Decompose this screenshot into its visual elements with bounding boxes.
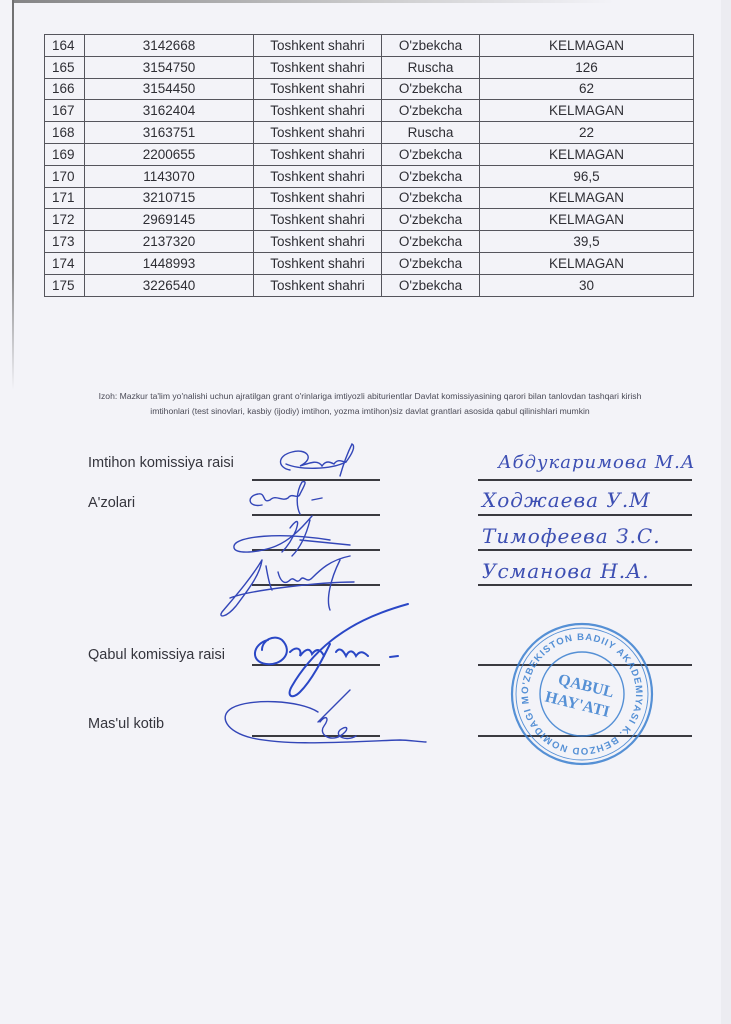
results-table: 1643142668Toshkent shahriO'zbekchaKELMAG…	[44, 34, 694, 297]
language-cell: O'zbekcha	[382, 35, 480, 57]
language-cell: O'zbekcha	[382, 231, 480, 253]
result-cell: 62	[480, 78, 694, 100]
row-number-cell: 171	[45, 187, 85, 209]
result-cell: KELMAGAN	[480, 143, 694, 165]
admission-committee-stamp: O'ZBEKISTON BADIIY AKADEMIYASI K. BEHZOD…	[508, 620, 656, 768]
region-cell: Toshkent shahri	[254, 209, 382, 231]
applicant-id-cell: 1143070	[85, 165, 254, 187]
results-table-body: 1643142668Toshkent shahriO'zbekchaKELMAG…	[45, 35, 694, 297]
member-2-name-line	[478, 549, 692, 551]
table-row: 1753226540Toshkent shahriO'zbekcha30	[45, 274, 694, 296]
region-cell: Toshkent shahri	[254, 165, 382, 187]
member-1-signature-line	[252, 514, 380, 516]
row-number-cell: 170	[45, 165, 85, 187]
row-number-cell: 165	[45, 56, 85, 78]
result-cell: 39,5	[480, 231, 694, 253]
member-3-signature-line	[252, 584, 380, 586]
result-cell: 22	[480, 122, 694, 144]
document-page: 1643142668Toshkent shahriO'zbekchaKELMAG…	[0, 0, 731, 1024]
result-cell: KELMAGAN	[480, 187, 694, 209]
applicant-id-cell: 3163751	[85, 122, 254, 144]
region-cell: Toshkent shahri	[254, 274, 382, 296]
exam-chair-signature-line	[252, 479, 380, 481]
language-cell: O'zbekcha	[382, 274, 480, 296]
region-cell: Toshkent shahri	[254, 143, 382, 165]
table-row: 1713210715Toshkent shahriO'zbekchaKELMAG…	[45, 187, 694, 209]
member-3-name-line	[478, 584, 692, 586]
table-row: 1663154450Toshkent shahriO'zbekcha62	[45, 78, 694, 100]
result-cell: KELMAGAN	[480, 252, 694, 274]
row-number-cell: 168	[45, 122, 85, 144]
table-row: 1683163751Toshkent shahriRuscha22	[45, 122, 694, 144]
region-cell: Toshkent shahri	[254, 187, 382, 209]
note-line-1: Izoh: Mazkur ta'lim yo'nalishi uchun ajr…	[40, 389, 700, 404]
handwritten-name-member-3: Усманова Н.А.	[482, 559, 650, 583]
language-cell: Ruscha	[382, 122, 480, 144]
applicant-id-cell: 3154450	[85, 78, 254, 100]
row-number-cell: 164	[45, 35, 85, 57]
exam-chair-name-line	[478, 479, 692, 481]
table-row: 1673162404Toshkent shahriO'zbekchaKELMAG…	[45, 100, 694, 122]
applicant-id-cell: 2969145	[85, 209, 254, 231]
region-cell: Toshkent shahri	[254, 100, 382, 122]
note-line-2: imtihonlari (test sinovlari, kasbiy (ijo…	[40, 404, 700, 419]
applicant-id-cell: 3142668	[85, 35, 254, 57]
applicant-id-cell: 2200655	[85, 143, 254, 165]
region-cell: Toshkent shahri	[254, 78, 382, 100]
applicant-id-cell: 3154750	[85, 56, 254, 78]
region-cell: Toshkent shahri	[254, 35, 382, 57]
table-row: 1741448993Toshkent shahriO'zbekchaKELMAG…	[45, 252, 694, 274]
signature-exam-chair	[281, 444, 354, 476]
applicant-id-cell: 1448993	[85, 252, 254, 274]
signature-member-1	[250, 482, 322, 514]
region-cell: Toshkent shahri	[254, 122, 382, 144]
scan-edge-top	[14, 0, 614, 3]
member-1-name-line	[478, 514, 692, 516]
result-cell: KELMAGAN	[480, 35, 694, 57]
table-row: 1692200655Toshkent shahriO'zbekchaKELMAG…	[45, 143, 694, 165]
signature-admission-chair	[255, 604, 408, 696]
language-cell: O'zbekcha	[382, 78, 480, 100]
admission-chair-label: Qabul komissiya raisi	[88, 647, 225, 663]
language-cell: O'zbekcha	[382, 252, 480, 274]
table-row: 1653154750Toshkent shahriRuscha126	[45, 56, 694, 78]
scan-edge-right	[721, 0, 731, 1024]
language-cell: O'zbekcha	[382, 187, 480, 209]
language-cell: O'zbekcha	[382, 143, 480, 165]
signature-member-3	[221, 556, 354, 616]
language-cell: Ruscha	[382, 56, 480, 78]
member-2-signature-line	[252, 549, 380, 551]
scan-edge-left	[12, 0, 14, 390]
applicant-id-cell: 3226540	[85, 274, 254, 296]
region-cell: Toshkent shahri	[254, 252, 382, 274]
handwritten-name-member-2: Тимофеева З.С.	[482, 524, 661, 548]
handwritten-name-member-1: Ходжаева У.М	[482, 488, 651, 512]
row-number-cell: 172	[45, 209, 85, 231]
language-cell: O'zbekcha	[382, 100, 480, 122]
exam-chair-label: Imtihon komissiya raisi	[88, 455, 234, 471]
table-row: 1643142668Toshkent shahriO'zbekchaKELMAG…	[45, 35, 694, 57]
result-cell: KELMAGAN	[480, 209, 694, 231]
table-row: 1732137320Toshkent shahriO'zbekcha39,5	[45, 231, 694, 253]
result-cell: 96,5	[480, 165, 694, 187]
members-label: A'zolari	[88, 495, 135, 511]
row-number-cell: 175	[45, 274, 85, 296]
region-cell: Toshkent shahri	[254, 56, 382, 78]
applicant-id-cell: 2137320	[85, 231, 254, 253]
row-number-cell: 166	[45, 78, 85, 100]
row-number-cell: 169	[45, 143, 85, 165]
language-cell: O'zbekcha	[382, 165, 480, 187]
result-cell: 30	[480, 274, 694, 296]
result-cell: KELMAGAN	[480, 100, 694, 122]
secretary-signature-line	[252, 735, 380, 737]
applicant-id-cell: 3210715	[85, 187, 254, 209]
language-cell: O'zbekcha	[382, 209, 480, 231]
result-cell: 126	[480, 56, 694, 78]
admission-chair-signature-line	[252, 664, 380, 666]
table-row: 1701143070Toshkent shahriO'zbekcha96,5	[45, 165, 694, 187]
secretary-label: Mas'ul kotib	[88, 716, 164, 732]
table-row: 1722969145Toshkent shahriO'zbekchaKELMAG…	[45, 209, 694, 231]
row-number-cell: 173	[45, 231, 85, 253]
row-number-cell: 174	[45, 252, 85, 274]
row-number-cell: 167	[45, 100, 85, 122]
note: Izoh: Mazkur ta'lim yo'nalishi uchun ajr…	[40, 389, 700, 419]
handwritten-name-exam-chair: Абдукаримова М.А	[498, 452, 696, 473]
region-cell: Toshkent shahri	[254, 231, 382, 253]
applicant-id-cell: 3162404	[85, 100, 254, 122]
